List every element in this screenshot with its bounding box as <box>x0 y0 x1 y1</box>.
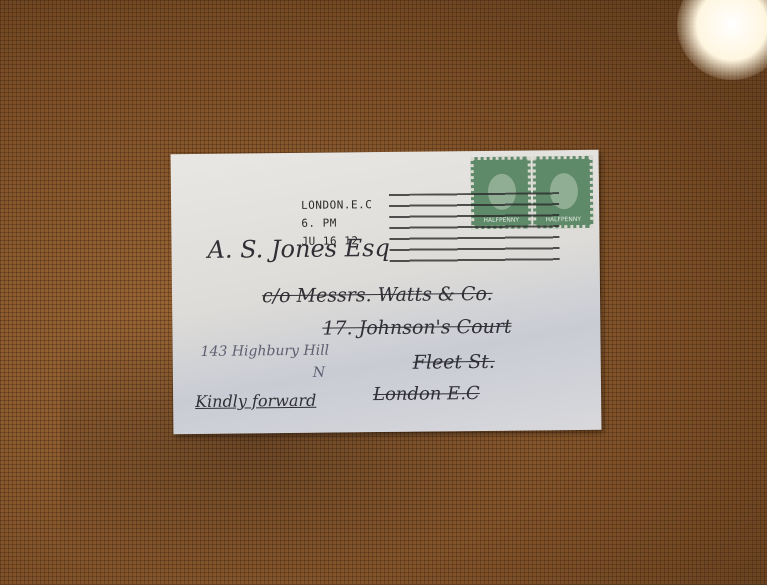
envelope: HALFPENNY HALFPENNY LONDON.E.C 6. PM JU … <box>171 150 602 434</box>
addressee: A. S. Jones Esq <box>207 234 390 264</box>
forwarding-address-1: 143 Highbury Hill <box>201 343 330 360</box>
postmark-city: LONDON.E.C <box>301 196 372 215</box>
address-line-2: 17. Johnson's Court <box>322 316 511 340</box>
postmark-time: 6. PM <box>301 214 372 233</box>
address-line-3: Fleet St. <box>413 351 495 374</box>
address-line-1: c/o Messrs. Watts & Co. <box>262 283 493 307</box>
cancellation-lines <box>389 192 560 264</box>
forwarding-address-2: N <box>313 365 325 381</box>
address-line-4: London E.C <box>373 383 480 405</box>
light-glare <box>677 0 767 80</box>
forwarding-note: Kindly forward <box>195 391 316 411</box>
